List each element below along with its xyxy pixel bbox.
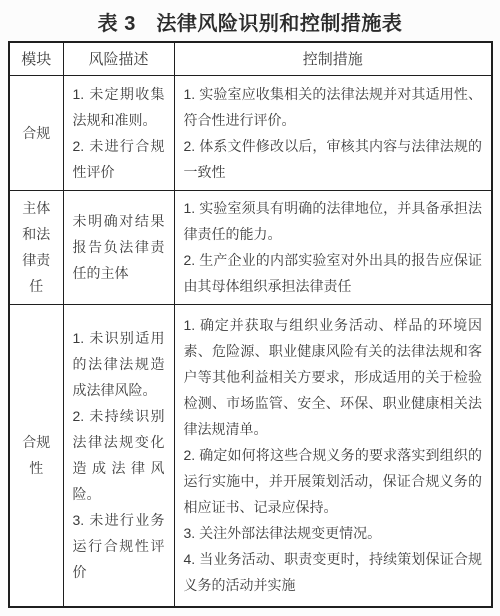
risk-item: 2. 未持续识别法律法规变化造成法律风险。 bbox=[73, 403, 165, 507]
measures-cell: 1. 实验室应收集相关的法律法规并对其适用性、符合性进行评价。 2. 体系文件修… bbox=[174, 75, 492, 190]
module-cell: 主体和法律责任 bbox=[9, 190, 63, 304]
risk-item: 1. 未识别适用的法律法规造成法律风险。 bbox=[73, 325, 165, 403]
table-row-legal-responsibility: 主体和法律责任 未明确对结果报告负法律责任的主体 1. 实验室须具有明确的法律地… bbox=[9, 190, 492, 304]
legal-risk-table: 模块 风险描述 控制措施 合规 1. 未定期收集法规和准则。 2. 未进行合规性… bbox=[8, 41, 493, 608]
measure-item: 3. 关注外部法律法规变更情况。 bbox=[184, 520, 483, 546]
table-title: 表 3 法律风险识别和控制措施表 bbox=[0, 0, 500, 41]
measure-item: 1. 实验室须具有明确的法律地位，并具备承担法律责任的能力。 bbox=[184, 195, 483, 247]
header-module: 模块 bbox=[9, 42, 63, 75]
measure-item: 2. 体系文件修改以后，审核其内容与法律法规的一致性 bbox=[184, 133, 483, 185]
risk-cell: 1. 未定期收集法规和准则。 2. 未进行合规性评价 bbox=[63, 75, 174, 190]
header-control-measures: 控制措施 bbox=[174, 42, 492, 75]
measure-item: 1. 实验室应收集相关的法律法规并对其适用性、符合性进行评价。 bbox=[184, 81, 483, 133]
document-page: 表 3 法律风险识别和控制措施表 模块 风险描述 控制措施 合规 1. 未定期收… bbox=[0, 0, 500, 608]
measure-item: 2. 确定如何将这些合规义务的要求落实到组织的运行实施中，并开展策划活动，保证合… bbox=[184, 442, 483, 520]
header-risk-description: 风险描述 bbox=[63, 42, 174, 75]
module-cell: 合规 bbox=[9, 75, 63, 190]
risk-item: 2. 未进行合规性评价 bbox=[73, 133, 165, 185]
table-row-compliance-assessment: 合规性 1. 未识别适用的法律法规造成法律风险。 2. 未持续识别法律法规变化造… bbox=[9, 304, 492, 607]
risk-item: 3. 未进行业务运行合规性评价 bbox=[73, 507, 165, 585]
measures-cell: 1. 实验室须具有明确的法律地位，并具备承担法律责任的能力。 2. 生产企业的内… bbox=[174, 190, 492, 304]
module-cell: 合规性 bbox=[9, 304, 63, 607]
measure-item: 1. 确定并获取与组织业务活动、样品的环境因素、危险源、职业健康风险有关的法律法… bbox=[184, 312, 483, 442]
measure-item: 4. 当业务活动、职责变更时，持续策划保证合规义务的活动并实施 bbox=[184, 546, 483, 598]
measures-cell: 1. 确定并获取与组织业务活动、样品的环境因素、危险源、职业健康风险有关的法律法… bbox=[174, 304, 492, 607]
risk-cell: 1. 未识别适用的法律法规造成法律风险。 2. 未持续识别法律法规变化造成法律风… bbox=[63, 304, 174, 607]
risk-item: 1. 未定期收集法规和准则。 bbox=[73, 81, 165, 133]
risk-cell: 未明确对结果报告负法律责任的主体 bbox=[63, 190, 174, 304]
risk-item: 未明确对结果报告负法律责任的主体 bbox=[73, 208, 165, 286]
measure-item: 2. 生产企业的内部实验室对外出具的报告应保证由其母体组织承担法律责任 bbox=[184, 247, 483, 299]
header-row: 模块 风险描述 控制措施 bbox=[9, 42, 492, 75]
table-row-compliance: 合规 1. 未定期收集法规和准则。 2. 未进行合规性评价 1. 实验室应收集相… bbox=[9, 75, 492, 190]
